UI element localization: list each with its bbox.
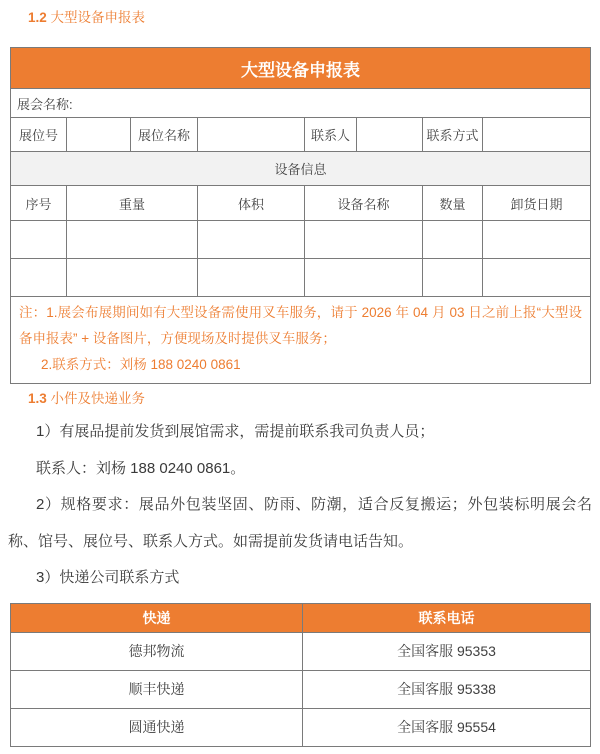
paragraph-contact-person: 联系人：刘杨 188 0240 0861。 (8, 451, 592, 488)
col-header-quantity: 数量 (423, 186, 483, 221)
section-number: 1.2 (28, 10, 47, 25)
courier-name-cell: 德邦物流 (11, 632, 303, 670)
note-cell: 注：1.展会布展期间如有大型设备需使用叉车服务，请于 2026 年 04 月 0… (11, 297, 591, 384)
booth-name-blank-cell (198, 118, 305, 152)
blank-cell (11, 221, 67, 259)
blank-cell (198, 259, 305, 297)
contact-person-blank-cell (357, 118, 423, 152)
paragraph-packing-requirements: 2）规格要求：展品外包装坚固、防雨、防潮，适合反复搬运；外包装标明展会名称、馆号… (8, 487, 592, 560)
courier-name-cell: 顺丰快递 (11, 670, 303, 708)
blank-cell (67, 259, 198, 297)
table-row: 圆通快递 全国客服 95554 (11, 708, 591, 746)
courier-phone-cell: 全国客服 95554 (303, 708, 591, 746)
table-row: 德邦物流 全国客服 95353 (11, 632, 591, 670)
note-line-1: 注：1.展会布展期间如有大型设备需使用叉车服务，请于 2026 年 04 月 0… (19, 300, 582, 352)
table-row: 设备信息 (11, 152, 591, 186)
courier-phone-cell: 全国客服 95338 (303, 670, 591, 708)
section-1-3-body: 1）有展品提前发货到展馆需求，需提前联系我司负责人员； 联系人：刘杨 188 0… (8, 414, 592, 597)
table-row (11, 221, 591, 259)
blank-cell (483, 259, 591, 297)
section-heading-1-3: 1.3 小件及快递业务 (28, 390, 600, 408)
contact-method-label: 联系方式 (423, 118, 483, 152)
table-row: 顺丰快递 全国客服 95338 (11, 670, 591, 708)
phone-column-header: 联系电话 (303, 603, 591, 632)
contact-person-label: 联系人 (305, 118, 357, 152)
blank-cell (11, 259, 67, 297)
col-header-weight: 重量 (67, 186, 198, 221)
booth-name-label: 展位名称 (131, 118, 198, 152)
courier-name-cell: 圆通快递 (11, 708, 303, 746)
exhibition-name-cell: 展会名称: (11, 89, 591, 118)
table-row: 注：1.展会布展期间如有大型设备需使用叉车服务，请于 2026 年 04 月 0… (11, 297, 591, 384)
blank-cell (305, 259, 423, 297)
paragraph-courier-contacts-intro: 3）快递公司联系方式 (8, 560, 592, 597)
courier-contact-table: 快递 联系电话 德邦物流 全国客服 95353 顺丰快递 全国客服 95338 … (10, 603, 591, 747)
table-row: 展位号 展位名称 联系人 联系方式 (11, 118, 591, 152)
section-number: 1.3 (28, 391, 47, 406)
blank-cell (423, 259, 483, 297)
table-row: 大型设备申报表 (11, 48, 591, 89)
col-header-unload-date: 卸货日期 (483, 186, 591, 221)
blank-cell (67, 221, 198, 259)
booth-number-label: 展位号 (11, 118, 67, 152)
device-info-header-cell: 设备信息 (11, 152, 591, 186)
table-row (11, 259, 591, 297)
courier-phone-cell: 全国客服 95353 (303, 632, 591, 670)
courier-column-header: 快递 (11, 603, 303, 632)
paragraph-advance-shipping: 1）有展品提前发货到展馆需求，需提前联系我司负责人员； (8, 414, 592, 451)
blank-cell (198, 221, 305, 259)
table-row: 展会名称: (11, 89, 591, 118)
contact-method-blank-cell (483, 118, 591, 152)
col-header-serial: 序号 (11, 186, 67, 221)
section-heading-1-2: 1.2 大型设备申报表 (28, 9, 600, 27)
booth-number-blank-cell (67, 118, 131, 152)
document-page: 1.2 大型设备申报表 大型设备申报表 展会名称: 展位号 展位名称 联系人 联… (0, 9, 600, 747)
form-title-cell: 大型设备申报表 (11, 48, 591, 89)
note-line-2: 2.联系方式：刘杨 188 0240 0861 (19, 352, 582, 378)
equipment-declaration-table: 大型设备申报表 展会名称: 展位号 展位名称 联系人 联系方式 设备信息 序号 … (10, 47, 591, 384)
blank-cell (483, 221, 591, 259)
section-title: 大型设备申报表 (51, 10, 146, 25)
blank-cell (305, 221, 423, 259)
blank-cell (423, 221, 483, 259)
col-header-volume: 体积 (198, 186, 305, 221)
section-title: 小件及快递业务 (51, 391, 146, 406)
col-header-device-name: 设备名称 (305, 186, 423, 221)
table-row: 快递 联系电话 (11, 603, 591, 632)
table-row: 序号 重量 体积 设备名称 数量 卸货日期 (11, 186, 591, 221)
